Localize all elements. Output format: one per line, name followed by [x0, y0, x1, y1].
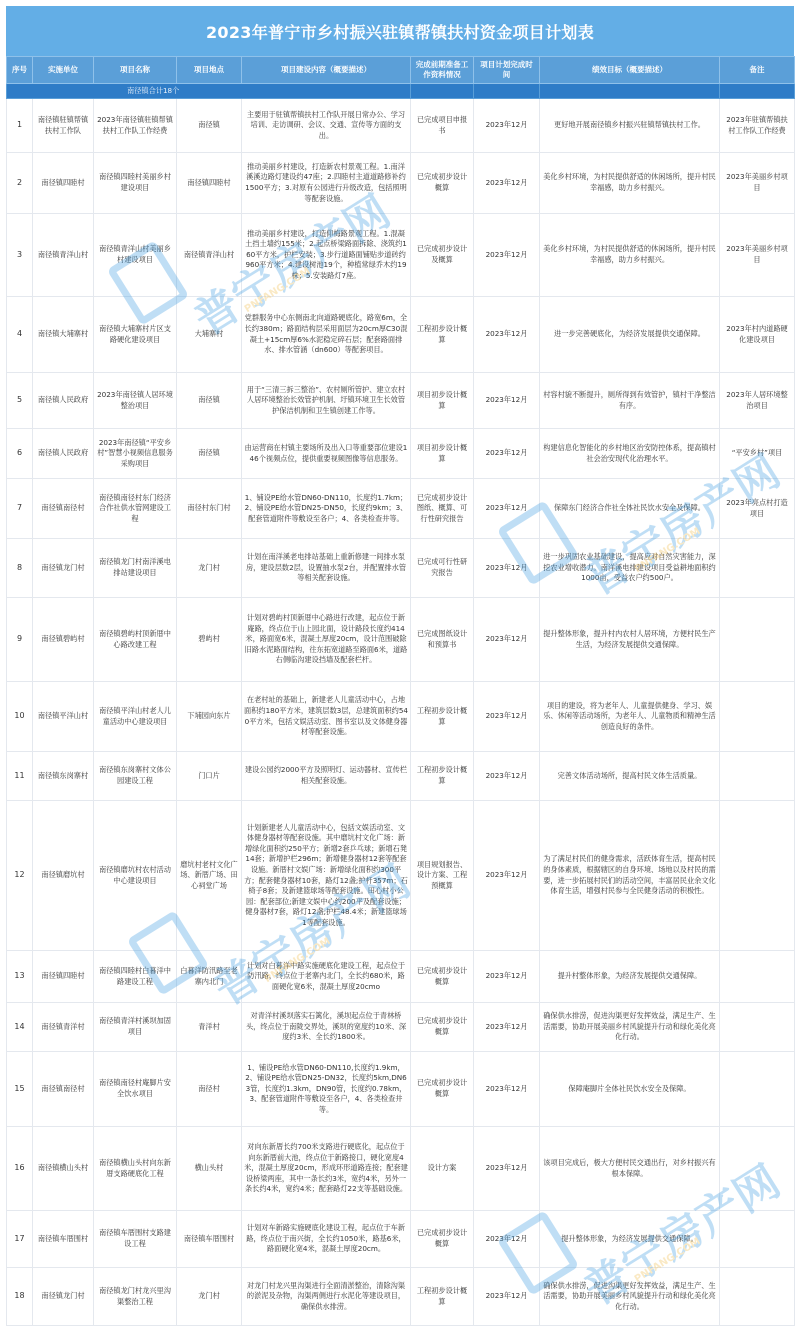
cell-content: 1、铺设PE给水管DN60-DN110，长度约1.7km；2、铺设PE给水管DN…	[242, 479, 411, 539]
cell-goal: 进一步完善硬底化，为经济发展提供交通保障。	[540, 297, 720, 373]
cell-location: 白暮洋防汛路至老寨内北门	[177, 951, 242, 1003]
cell-name: 南径镇四睦村美丽乡村建设项目	[94, 153, 177, 214]
cell-time: 2023年12月	[474, 479, 540, 539]
cell-content: 计划对碧屿村顶新厝中心路进行改建，起点位于新庵路，终点位于山上园北面，设计路段长…	[242, 598, 411, 682]
cell-goal: 提升村整体形象，为经济发展提供交通保障。	[540, 951, 720, 1003]
cell-unit: 南径镇碧屿村	[33, 598, 94, 682]
cell-seq: 15	[7, 1052, 33, 1127]
cell-name: 2023年南径镇驻镇帮镇扶村工作队工作经费	[94, 99, 177, 153]
cell-goal: 该项目完成后，极大方便村民交通出行，对乡村振兴有根本保障。	[540, 1127, 720, 1211]
cell-location: 南径镇青洋山村	[177, 214, 242, 297]
cell-goal: 完善文体活动场所，提高村民文体生活质量。	[540, 752, 720, 801]
cell-content: 计划新建老人儿童活动中心，包括文娱活动室、文体健身器材等配套设施。其中磨坑村文化…	[242, 801, 411, 951]
cell-seq: 13	[7, 951, 33, 1003]
cell-prep: 已完成项目申报书	[411, 99, 474, 153]
cell-time: 2023年12月	[474, 373, 540, 429]
table-row: 9南径镇碧屿村南径镇碧屿村顶新厝中心路改建工程碧屿村计划对碧屿村顶新厝中心路进行…	[7, 598, 795, 682]
cell-content: 计划在南洋溪老电排站基础上重新修建一间排水泵房，建设层数2层，设置抽水泵2台，并…	[242, 539, 411, 598]
cell-seq: 6	[7, 429, 33, 479]
table-row: 8南径镇龙门村南径镇龙门村南洋溪电排站建设项目龙门村计划在南洋溪老电排站基础上重…	[7, 539, 795, 598]
cell-goal: 确保供水排涝，促进沟渠更好发挥效益，满足生产、生活需要，协助开展美丽乡村风貌提升…	[540, 1003, 720, 1052]
cell-goal: 保障东门经济合作社全体社民饮水安全及保障。	[540, 479, 720, 539]
cell-goal: 项目的建设，将为老年人、儿童提供健身、学习、娱乐、休闲等活动场所，为老年人、儿童…	[540, 682, 720, 752]
col-header-name: 项目名称	[94, 57, 177, 84]
cell-seq: 7	[7, 479, 33, 539]
cell-goal: 提升整体形象，提升村内农村人居环境，方便村民生产生活，为经济发展提供交通保障。	[540, 598, 720, 682]
cell-prep: 已完成可行性研究报告	[411, 539, 474, 598]
cell-note	[720, 539, 795, 598]
cell-name: 2023年南径镇“平安乡村”智慧小视频信息服务采购项目	[94, 429, 177, 479]
cell-goal: 构建信息化智能化的乡村地区治安防控体系，提高镇村社会治安现代化治理水平。	[540, 429, 720, 479]
cell-note: 2023年人居环境整治项目	[720, 373, 795, 429]
cell-location: 龙门村	[177, 1268, 242, 1326]
cell-name: 南径镇四睦村白暮洋中路建设工程	[94, 951, 177, 1003]
cell-time: 2023年12月	[474, 214, 540, 297]
table-row: 3南径镇青洋山村南径镇青洋山村美丽乡村建设项目南径镇青洋山村推动美丽乡村建设，打…	[7, 214, 795, 297]
cell-goal: 村容村貌不断提升，厕所得到有效管护，镇村干净整洁有序。	[540, 373, 720, 429]
summary-label: 南径镇合计18个	[7, 84, 411, 99]
summary-cell	[720, 84, 795, 99]
cell-content: 推动美丽乡村建设，打造仰梅路景观工程。1.混凝土挡土墙约155米；2.起点桥梁路…	[242, 214, 411, 297]
cell-goal: 保障庵脚片全体社民饮水安全及保障。	[540, 1052, 720, 1127]
cell-location: 门口片	[177, 752, 242, 801]
project-table: 序号 实施单位 项目名称 项目地点 项目建设内容（概要描述） 完成前期准备工作资…	[6, 56, 795, 1326]
cell-location: 南径村	[177, 1052, 242, 1127]
cell-name: 南径镇平洋山村老人儿童活动中心建设项目	[94, 682, 177, 752]
cell-prep: 项目初步设计概算	[411, 373, 474, 429]
cell-time: 2023年12月	[474, 539, 540, 598]
summary-cell	[411, 84, 474, 99]
cell-unit: 南径镇龙门村	[33, 1268, 94, 1326]
cell-note: 2023年驻镇帮镇扶村工作队工作经费	[720, 99, 795, 153]
summary-cell	[474, 84, 540, 99]
cell-seq: 9	[7, 598, 33, 682]
col-header-location: 项目地点	[177, 57, 242, 84]
table-row: 12南径镇磨坑村南径镇磨坑村农村活动中心建设项目磨坑村老村文化广场、新厝广场、田…	[7, 801, 795, 951]
cell-location: 横山头村	[177, 1127, 242, 1211]
cell-prep: 工程初步设计概算	[411, 1268, 474, 1326]
cell-prep: 已完成初步设计概算	[411, 1211, 474, 1268]
cell-unit: 南径镇四睦村	[33, 153, 94, 214]
cell-content: 建设公园约2000平方及照明灯、运动器材、宣传栏相关配套设施。	[242, 752, 411, 801]
cell-content: 推动美丽乡村建设，打造新农村景观工程。1.南洋溪溪边路灯建设约47座；2.四睦村…	[242, 153, 411, 214]
cell-location: 下埔园向东片	[177, 682, 242, 752]
summary-cell	[540, 84, 720, 99]
cell-goal: 进一步巩固农业基础建设，提高应对自然灾害能力，深挖农业增收潜力。南洋溪电排建设项…	[540, 539, 720, 598]
cell-time: 2023年12月	[474, 801, 540, 951]
summary-row: 南径镇合计18个	[7, 84, 795, 99]
cell-content: 计划对白暮洋中路实施硬底化建设工程，起点位于防汛路，终点位于老寨内北门，全长约6…	[242, 951, 411, 1003]
cell-prep: 已完成初步设计图纸、概算、可行性研究报告	[411, 479, 474, 539]
cell-name: 南径镇碧屿村顶新厝中心路改建工程	[94, 598, 177, 682]
cell-time: 2023年12月	[474, 682, 540, 752]
cell-location: 大埔寨村	[177, 297, 242, 373]
cell-time: 2023年12月	[474, 153, 540, 214]
cell-unit: 南径镇人民政府	[33, 373, 94, 429]
cell-location: 南径镇车厝围村	[177, 1211, 242, 1268]
cell-seq: 17	[7, 1211, 33, 1268]
cell-time: 2023年12月	[474, 1052, 540, 1127]
cell-content: 主要用于驻镇帮镇扶村工作队开展日常办公、学习培训、走访调研、会议、交通、宣传等方…	[242, 99, 411, 153]
project-plan-sheet: 2023年普宁市乡村振兴驻镇帮镇扶村资金项目计划表 序号 实施单位 项目名称 项…	[6, 6, 794, 1326]
cell-content: 党群服务中心东侧南北向道路硬底化，路宽6m，全长约380m；路面结构层采用面层为…	[242, 297, 411, 373]
cell-seq: 8	[7, 539, 33, 598]
col-header-seq: 序号	[7, 57, 33, 84]
table-row: 4南径镇大埔寨村南径镇大埔寨村片区支路硬化建设项目大埔寨村党群服务中心东侧南北向…	[7, 297, 795, 373]
table-row: 13南径镇四睦村南径镇四睦村白暮洋中路建设工程白暮洋防汛路至老寨内北门计划对白暮…	[7, 951, 795, 1003]
table-row: 18南径镇龙门村南径镇龙门村龙兴里沟渠整治工程龙门村对龙门村龙兴里沟渠进行全面清…	[7, 1268, 795, 1326]
cell-seq: 18	[7, 1268, 33, 1326]
cell-unit: 南径镇大埔寨村	[33, 297, 94, 373]
cell-time: 2023年12月	[474, 99, 540, 153]
cell-prep: 工程初步设计概算	[411, 752, 474, 801]
cell-note	[720, 752, 795, 801]
table-row: 11南径镇东岗寨村南径镇东岗寨村文体公园建设工程门口片建设公园约2000平方及照…	[7, 752, 795, 801]
cell-goal: 美化乡村环境，为村民提供舒适的休闲场所，提升村民幸福感，助力乡村振兴。	[540, 214, 720, 297]
cell-location: 南径镇	[177, 429, 242, 479]
cell-prep: 已完成初步设计概算	[411, 1052, 474, 1127]
cell-prep: 已完成图纸设计和预算书	[411, 598, 474, 682]
cell-name: 南径镇青洋山村美丽乡村建设项目	[94, 214, 177, 297]
table-row: 17南径镇车厝围村南径镇车厝围村支路建设工程南径镇车厝围村计划对车新路实施硬底化…	[7, 1211, 795, 1268]
cell-note	[720, 598, 795, 682]
cell-location: 磨坑村老村文化广场、新厝广场、田心祠堂广场	[177, 801, 242, 951]
table-row: 16南径镇横山头村南径镇横山头村向东新厝支路硬底化工程横山头村对向东新厝长约70…	[7, 1127, 795, 1211]
cell-name: 南径镇青洋村溪坝加固项目	[94, 1003, 177, 1052]
cell-note	[720, 801, 795, 951]
cell-prep: 项目初步设计概算	[411, 429, 474, 479]
cell-prep: 工程初步设计概算	[411, 297, 474, 373]
cell-content: 对向东新厝长约700米支路进行硬底化，起点位于向东新厝前大池，终点位于新路接口，…	[242, 1127, 411, 1211]
cell-note	[720, 951, 795, 1003]
cell-prep: 已完成初步设计及概算	[411, 214, 474, 297]
col-header-goal: 绩效目标（概要描述）	[540, 57, 720, 84]
header-row: 序号 实施单位 项目名称 项目地点 项目建设内容（概要描述） 完成前期准备工作资…	[7, 57, 795, 84]
cell-time: 2023年12月	[474, 1003, 540, 1052]
cell-note: “平安乡村”项目	[720, 429, 795, 479]
cell-seq: 4	[7, 297, 33, 373]
cell-seq: 11	[7, 752, 33, 801]
cell-name: 南径镇龙门村龙兴里沟渠整治工程	[94, 1268, 177, 1326]
cell-unit: 南径镇青洋山村	[33, 214, 94, 297]
col-header-content: 项目建设内容（概要描述）	[242, 57, 411, 84]
cell-unit: 南径镇南径村	[33, 1052, 94, 1127]
cell-note	[720, 1211, 795, 1268]
cell-time: 2023年12月	[474, 752, 540, 801]
cell-content: 由运营商在村镇主要场所及出入口等重要部位建设146个视频点位，提供重要视频图像等…	[242, 429, 411, 479]
cell-note: 2023年美丽乡村项目	[720, 214, 795, 297]
cell-content: 在老村址的基础上，新建老人儿童活动中心，占地面积约180平方米，建筑层数3层，总…	[242, 682, 411, 752]
cell-goal: 美化乡村环境，为村民提供舒适的休闲场所，提升村民幸福感，助力乡村振兴。	[540, 153, 720, 214]
table-row: 2南径镇四睦村南径镇四睦村美丽乡村建设项目南径镇四睦村推动美丽乡村建设，打造新农…	[7, 153, 795, 214]
cell-note	[720, 1268, 795, 1326]
cell-unit: 南径镇驻镇帮镇扶村工作队	[33, 99, 94, 153]
cell-name: 南径镇东岗寨村文体公园建设工程	[94, 752, 177, 801]
cell-time: 2023年12月	[474, 429, 540, 479]
table-row: 6南径镇人民政府2023年南径镇“平安乡村”智慧小视频信息服务采购项目南径镇由运…	[7, 429, 795, 479]
col-header-time: 项目计划完成时间	[474, 57, 540, 84]
cell-location: 青洋村	[177, 1003, 242, 1052]
cell-note	[720, 682, 795, 752]
cell-content: 用于“三清三拆三整治”、农村厕所管护、建立农村人居环境整治长效管护机制、圩镇环境…	[242, 373, 411, 429]
cell-goal: 为了满足村民们的健身需求，活跃体育生活，提高村民的身体素质，根据辖区的自身环境、…	[540, 801, 720, 951]
cell-prep: 项目规划报告、设计方案、工程预概算	[411, 801, 474, 951]
cell-location: 南径村东门村	[177, 479, 242, 539]
table-row: 1南径镇驻镇帮镇扶村工作队2023年南径镇驻镇帮镇扶村工作队工作经费南径镇主要用…	[7, 99, 795, 153]
cell-content: 对龙门村龙兴里沟渠进行全面清淤整治，清除沟渠的淤泥及杂物，沟渠两侧进行水泥化等建…	[242, 1268, 411, 1326]
cell-unit: 南径镇横山头村	[33, 1127, 94, 1211]
cell-name: 南径镇车厝围村支路建设工程	[94, 1211, 177, 1268]
cell-name: 南径镇横山头村向东新厝支路硬底化工程	[94, 1127, 177, 1211]
table-row: 14南径镇青洋村南径镇青洋村溪坝加固项目青洋村对青洋村溪坝落实石篱化，溪坝起点位…	[7, 1003, 795, 1052]
cell-seq: 3	[7, 214, 33, 297]
cell-unit: 南径镇四睦村	[33, 951, 94, 1003]
cell-time: 2023年12月	[474, 951, 540, 1003]
cell-name: 2023年南径镇人居环境整治项目	[94, 373, 177, 429]
table-row: 15南径镇南径村南径镇南径村庵脚片安全饮水项目南径村1、铺设PE给水管DN60-…	[7, 1052, 795, 1127]
cell-name: 南径镇南径村庵脚片安全饮水项目	[94, 1052, 177, 1127]
cell-prep: 已完成初步设计概算	[411, 153, 474, 214]
cell-unit: 南径镇平洋山村	[33, 682, 94, 752]
col-header-prep: 完成前期准备工作资料情况	[411, 57, 474, 84]
cell-unit: 南径镇东岗寨村	[33, 752, 94, 801]
cell-seq: 10	[7, 682, 33, 752]
cell-content: 1、铺设PE给水管DN60-DN110,长度约1.9km，2、铺设PE给水管DN…	[242, 1052, 411, 1127]
cell-time: 2023年12月	[474, 598, 540, 682]
cell-unit: 南径镇龙门村	[33, 539, 94, 598]
cell-seq: 14	[7, 1003, 33, 1052]
cell-seq: 1	[7, 99, 33, 153]
sheet-title: 2023年普宁市乡村振兴驻镇帮镇扶村资金项目计划表	[6, 6, 794, 56]
table-row: 7南径镇南径村南径镇南径村东门经济合作社供水管网建设工程南径村东门村1、铺设PE…	[7, 479, 795, 539]
cell-name: 南径镇南径村东门经济合作社供水管网建设工程	[94, 479, 177, 539]
cell-goal: 提升整体形象，为经济发展提供交通保障。	[540, 1211, 720, 1268]
cell-note: 2023年美丽乡村项目	[720, 153, 795, 214]
cell-time: 2023年12月	[474, 297, 540, 373]
cell-note: 2023年亮点村打造项目	[720, 479, 795, 539]
cell-unit: 南径镇车厝围村	[33, 1211, 94, 1268]
cell-prep: 已完成初步设计概算	[411, 1003, 474, 1052]
col-header-note: 备注	[720, 57, 795, 84]
cell-name: 南径镇大埔寨村片区支路硬化建设项目	[94, 297, 177, 373]
cell-note	[720, 1127, 795, 1211]
cell-time: 2023年12月	[474, 1127, 540, 1211]
cell-seq: 2	[7, 153, 33, 214]
cell-seq: 5	[7, 373, 33, 429]
cell-name: 南径镇磨坑村农村活动中心建设项目	[94, 801, 177, 951]
cell-location: 南径镇	[177, 373, 242, 429]
cell-note: 2023年村内道路硬化建设项目	[720, 297, 795, 373]
cell-time: 2023年12月	[474, 1268, 540, 1326]
cell-goal: 确保供水排涝，促进沟渠更好发挥效益，满足生产、生活需要，协助开展美丽乡村风貌提升…	[540, 1268, 720, 1326]
cell-seq: 16	[7, 1127, 33, 1211]
table-row: 5南径镇人民政府2023年南径镇人居环境整治项目南径镇用于“三清三拆三整治”、农…	[7, 373, 795, 429]
cell-goal: 更好地开展南径镇乡村振兴驻镇帮镇扶村工作。	[540, 99, 720, 153]
cell-content: 计划对车新路实施硬底化建设工程，起点位于车新路，终点位于南兴街，全长约1050米…	[242, 1211, 411, 1268]
cell-prep: 设计方案	[411, 1127, 474, 1211]
cell-content: 对青洋村溪坝落实石篱化，溪坝起点位于青林桥头，终点位于南陇交界处，溪坝的宽度约1…	[242, 1003, 411, 1052]
cell-unit: 南径镇磨坑村	[33, 801, 94, 951]
col-header-unit: 实施单位	[33, 57, 94, 84]
table-row: 10南径镇平洋山村南径镇平洋山村老人儿童活动中心建设项目下埔园向东片在老村址的基…	[7, 682, 795, 752]
cell-prep: 工程初步设计概算	[411, 682, 474, 752]
cell-time: 2023年12月	[474, 1211, 540, 1268]
cell-name: 南径镇龙门村南洋溪电排站建设项目	[94, 539, 177, 598]
cell-seq: 12	[7, 801, 33, 951]
cell-unit: 南径镇南径村	[33, 479, 94, 539]
cell-location: 碧屿村	[177, 598, 242, 682]
cell-note	[720, 1052, 795, 1127]
cell-prep: 已完成初步设计概算	[411, 951, 474, 1003]
cell-location: 龙门村	[177, 539, 242, 598]
cell-unit: 南径镇人民政府	[33, 429, 94, 479]
cell-note	[720, 1003, 795, 1052]
cell-location: 南径镇四睦村	[177, 153, 242, 214]
cell-unit: 南径镇青洋村	[33, 1003, 94, 1052]
cell-location: 南径镇	[177, 99, 242, 153]
